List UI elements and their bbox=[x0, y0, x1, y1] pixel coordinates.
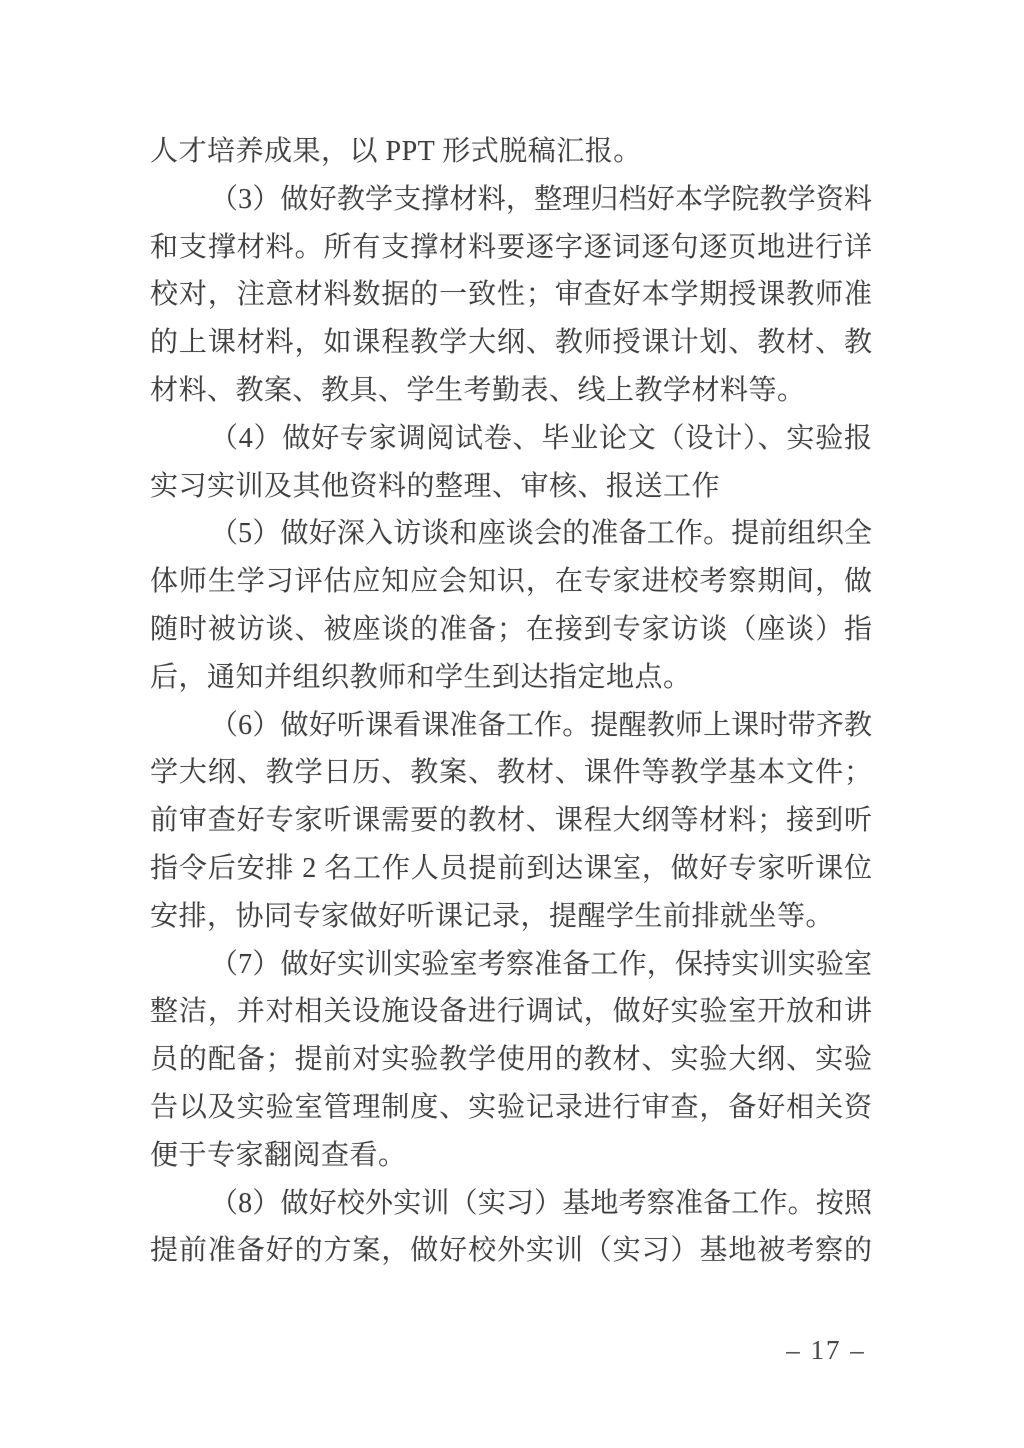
text-line: 校对，注意材料数据的一致性；审查好本学期授课教师准备 bbox=[150, 271, 872, 319]
text-line: 实习实训及其他资料的整理、审核、报送工作 bbox=[150, 463, 872, 511]
text-line: 提前准备好的方案，做好校外实训（实习）基地被考察的准 bbox=[150, 1227, 872, 1275]
paragraph: （8）做好校外实训（实习）基地考察准备工作。按照提前准备好的方案，做好校外实训（… bbox=[150, 1180, 872, 1276]
text-line: 前审查好专家听课需要的教材、课程大纲等材料；接到听课 bbox=[150, 797, 872, 845]
page-number: – 17 – bbox=[726, 1334, 926, 1366]
paragraph: （3）做好教学支撑材料，整理归档好本学院教学资料和支撑材料。所有支撑材料要逐字逐… bbox=[150, 176, 872, 415]
paragraph: 人才培养成果，以 PPT 形式脱稿汇报。 bbox=[150, 128, 872, 176]
paragraph: （4）做好专家调阅试卷、毕业论文（设计）、实验报告、实习实训及其他资料的整理、审… bbox=[150, 415, 872, 511]
document-page: 人才培养成果，以 PPT 形式脱稿汇报。（3）做好教学支撑材料，整理归档好本学院… bbox=[0, 0, 1024, 1448]
text-line: 体师生学习评估应知应会知识，在专家进校考察期间，做好 bbox=[150, 558, 872, 606]
text-line: （8）做好校外实训（实习）基地考察准备工作。按照 bbox=[150, 1180, 872, 1228]
document-body: 人才培养成果，以 PPT 形式脱稿汇报。（3）做好教学支撑材料，整理归档好本学院… bbox=[150, 128, 872, 1275]
text-line: 的上课材料，如课程教学大纲、教师授课计划、教材、教辅 bbox=[150, 319, 872, 367]
paragraph: （6）做好听课看课准备工作。提醒教师上课时带齐教学大纲、教学日历、教案、教材、课… bbox=[150, 702, 872, 941]
text-line: 便于专家翻阅查看。 bbox=[150, 1132, 872, 1180]
text-line: （4）做好专家调阅试卷、毕业论文（设计）、实验报告、 bbox=[150, 415, 872, 463]
text-line: 后，通知并组织教师和学生到达指定地点。 bbox=[150, 654, 872, 702]
text-line: 人才培养成果，以 PPT 形式脱稿汇报。 bbox=[150, 128, 872, 176]
text-line: （7）做好实训实验室考察准备工作，保持实训实验室 bbox=[150, 941, 872, 989]
text-line: 材料、教案、教具、学生考勤表、线上教学材料等。 bbox=[150, 367, 872, 415]
text-line: （6）做好听课看课准备工作。提醒教师上课时带齐教 bbox=[150, 702, 872, 750]
text-line: （5）做好深入访谈和座谈会的准备工作。提前组织全 bbox=[150, 510, 872, 558]
text-line: 指令后安排 2 名工作人员提前到达课室，做好专家听课位置 bbox=[150, 845, 872, 893]
paragraph: （7）做好实训实验室考察准备工作，保持实训实验室整洁，并对相关设施设备进行调试，… bbox=[150, 941, 872, 1180]
text-line: 整洁，并对相关设施设备进行调试，做好实验室开放和讲解 bbox=[150, 988, 872, 1036]
text-line: 安排，协同专家做好听课记录，提醒学生前排就坐等。 bbox=[150, 893, 872, 941]
text-line: 员的配备；提前对实验教学使用的教材、实验大纲、实验报 bbox=[150, 1036, 872, 1084]
text-line: 告以及实验室管理制度、实验记录进行审查，备好相关资料， bbox=[150, 1084, 872, 1132]
text-line: 和支撑材料。所有支撑材料要逐字逐词逐句逐页地进行详细 bbox=[150, 224, 872, 272]
text-line: 随时被访谈、被座谈的准备；在接到专家访谈（座谈）指令 bbox=[150, 606, 872, 654]
text-line: （3）做好教学支撑材料，整理归档好本学院教学资料 bbox=[150, 176, 872, 224]
text-line: 学大纲、教学日历、教案、教材、课件等教学基本文件；提 bbox=[150, 749, 872, 797]
paragraph: （5）做好深入访谈和座谈会的准备工作。提前组织全体师生学习评估应知应会知识，在专… bbox=[150, 510, 872, 701]
